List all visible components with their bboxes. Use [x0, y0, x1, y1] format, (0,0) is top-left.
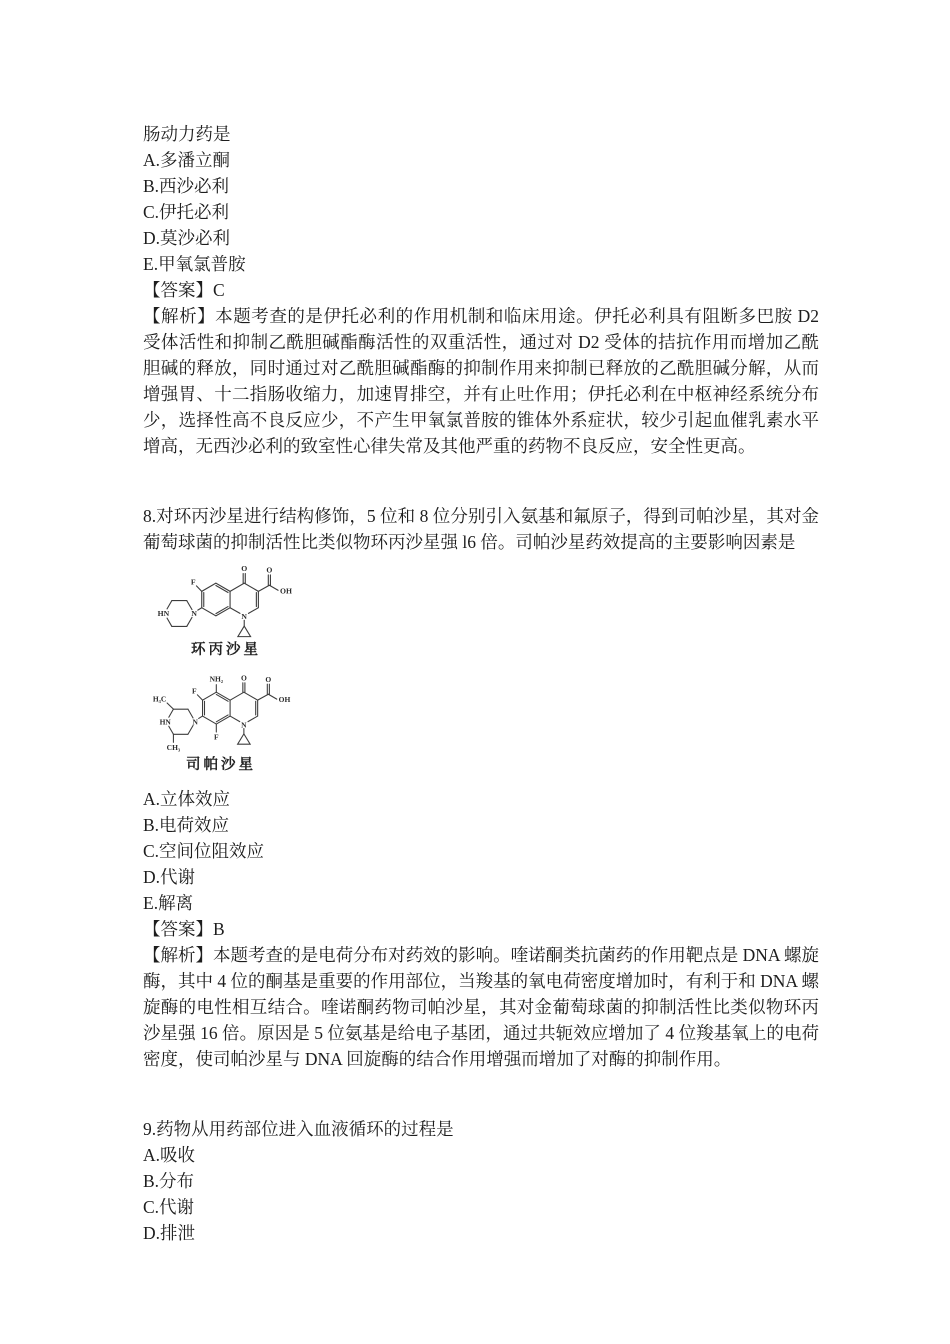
- sparfloxacin-structure-diagram: NH₂ O O OH F F N: [141, 665, 301, 755]
- atom-label-ch3: CH₃: [167, 743, 181, 752]
- atom-label-acid-o: O: [266, 566, 272, 575]
- atom-label-hn: HN: [157, 609, 169, 618]
- atom-label-ketone-o: O: [241, 673, 247, 682]
- atom-label-n7: N: [193, 717, 199, 726]
- atom-label-f: F: [190, 578, 195, 587]
- question-8-option-a: A.立体效应: [143, 786, 819, 812]
- question-7-analysis: 【解析】本题考查的是伊托必利的作用机制和临床用途。伊托必利具有阻断多巴胺 D2 …: [143, 303, 819, 459]
- question-8-analysis: 【解析】本题考查的是电荷分布对药效的影响。喹诺酮类抗菌药的作用靶点是 DNA 螺…: [143, 942, 819, 1072]
- atom-label-n7: N: [191, 609, 197, 618]
- question-7-option-d: D.莫沙必利: [143, 225, 819, 251]
- question-8-stem: 8.对环丙沙星进行结构修饰，5 位和 8 位分别引入氨基和氟原子，得到司帕沙星，…: [143, 503, 819, 555]
- sparfloxacin-structure-figure: NH₂ O O OH F F N: [139, 665, 303, 774]
- atom-label-ketone-o: O: [241, 564, 247, 573]
- atom-label-hn: HN: [160, 717, 172, 726]
- question-8-option-b: B.电荷效应: [143, 812, 819, 838]
- question-8-block: 8.对环丙沙星进行结构修饰，5 位和 8 位分别引入氨基和氟原子，得到司帕沙星，…: [143, 503, 819, 1072]
- atom-label-oh: OH: [279, 586, 291, 595]
- question-8-option-d: D.代谢: [143, 864, 819, 890]
- sparfloxacin-caption: 司帕沙星: [139, 756, 303, 774]
- question-9-option-a: A.吸收: [143, 1142, 819, 1168]
- atom-label-nh2: NH₂: [210, 674, 224, 683]
- question-8-option-c: C.空间位阻效应: [143, 838, 819, 864]
- question-7-option-e: E.甲氧氯普胺: [143, 251, 819, 277]
- question-9-option-b: B.分布: [143, 1168, 819, 1194]
- atom-label-h3c: H₃C: [153, 695, 167, 704]
- question-7-answer: 【答案】C: [143, 277, 819, 303]
- ciprofloxacin-structure-diagram: O O OH F N HN: [154, 561, 299, 640]
- ciprofloxacin-caption: 环丙沙星: [151, 641, 301, 659]
- atom-label-f6: F: [192, 687, 197, 696]
- question-7-stem: 肠动力药是: [143, 121, 819, 147]
- question-7-block: 肠动力药是 A.多潘立酮 B.西沙必利 C.伊托必利 D.莫沙必利 E.甲氧氯普…: [143, 0, 819, 459]
- question-9-stem: 9.药物从用药部位进入血液循环的过程是: [143, 1116, 819, 1142]
- question-9-block: 9.药物从用药部位进入血液循环的过程是 A.吸收 B.分布 C.代谢 D.排泄: [143, 1116, 819, 1246]
- question-7-option-c: C.伊托必利: [143, 199, 819, 225]
- atom-label-oh: OH: [279, 695, 291, 704]
- atom-label-n1: N: [241, 720, 247, 729]
- question-7-option-a: A.多潘立酮: [143, 147, 819, 173]
- atom-label-f8: F: [214, 733, 219, 742]
- question-9-option-c: C.代谢: [143, 1194, 819, 1220]
- document-page: 肠动力药是 A.多潘立酮 B.西沙必利 C.伊托必利 D.莫沙必利 E.甲氧氯普…: [143, 0, 819, 1246]
- question-7-option-b: B.西沙必利: [143, 173, 819, 199]
- ciprofloxacin-structure-figure: O O OH F N HN: [151, 561, 301, 659]
- atom-label-acid-o: O: [265, 675, 271, 684]
- question-8-answer: 【答案】B: [143, 916, 819, 942]
- question-8-option-e: E.解离: [143, 890, 819, 916]
- question-9-option-d: D.排泄: [143, 1220, 819, 1246]
